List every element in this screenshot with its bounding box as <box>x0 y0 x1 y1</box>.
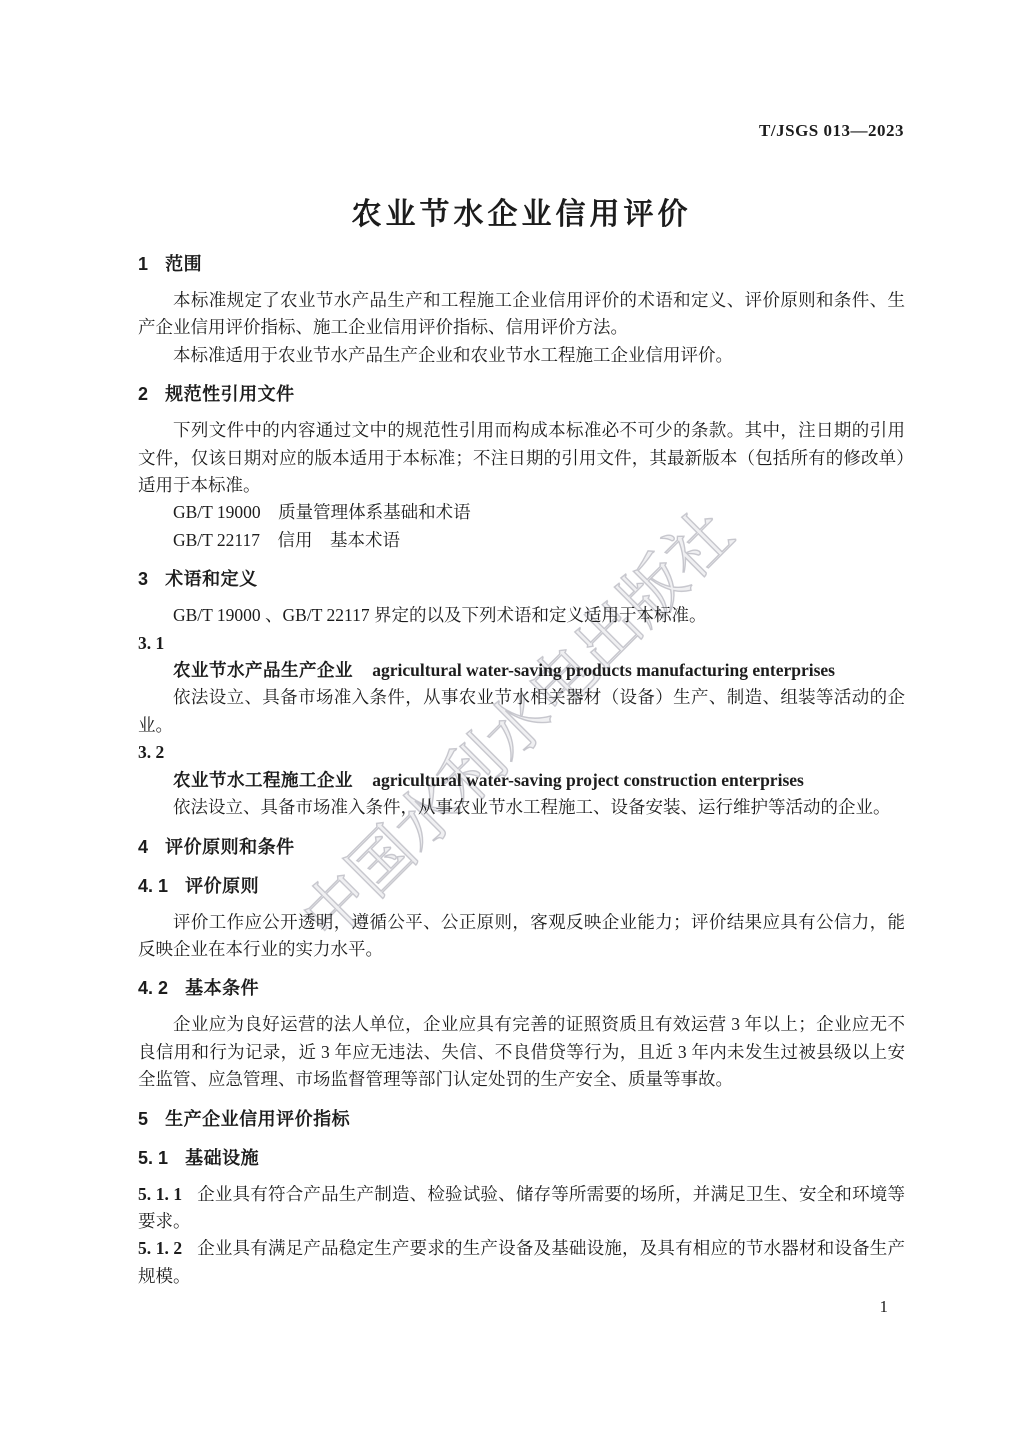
term-1-definition: 依法设立、具备市场准入条件，从事农业节水相关器材（设备）生产、制造、组装等活动的… <box>138 684 905 739</box>
page-number: 1 <box>880 1297 889 1317</box>
term-1-english: agricultural water-saving products manuf… <box>372 660 835 680</box>
heading-scope-label: 范围 <box>165 254 202 274</box>
terms-intro: GB/T 19000 、GB/T 22117 界定的以及下列术语和定义适用于本标… <box>138 602 905 629</box>
heading-indicators-label: 生产企业信用评价指标 <box>165 1109 350 1129</box>
heading-5-1-number: 5. 1 <box>138 1148 168 1168</box>
term-1-title: 农业节水产品生产企业agricultural water-saving prod… <box>138 657 905 684</box>
heading-terms-label: 术语和定义 <box>165 569 258 589</box>
clause-5-1-1: 5. 1. 1企业具有符合产品生产制造、检验试验、储存等所需要的场所，并满足卫生… <box>138 1181 905 1236</box>
clause-5-1-2-number: 5. 1. 2 <box>138 1238 182 1258</box>
heading-principles-label: 评价原则和条件 <box>165 837 295 857</box>
document-content: 农业节水企业信用评价 1范围 本标准规定了农业节水产品生产和工程施工企业信用评价… <box>138 0 905 1290</box>
heading-4-2-label: 基本条件 <box>185 978 259 998</box>
principles-4-2-paragraph: 企业应为良好运营的法人单位，企业应具有完善的证照资质且有效运营 3 年以上；企业… <box>138 1011 905 1093</box>
heading-normative-refs-label: 规范性引用文件 <box>165 384 295 404</box>
heading-scope: 1范围 <box>138 251 905 278</box>
clause-5-1-1-text: 企业具有符合产品生产制造、检验试验、储存等所需要的场所，并满足卫生、安全和环境等… <box>138 1184 905 1231</box>
heading-indicators-number: 5 <box>138 1109 148 1129</box>
term-2-definition: 依法设立、具备市场准入条件，从事农业节水工程施工、设备安装、运行维护等活动的企业… <box>138 794 905 821</box>
heading-indicators-5-1: 5. 1基础设施 <box>138 1145 905 1172</box>
document-page: 中国水利水电出版社 T/JSGS 013—2023 农业节水企业信用评价 1范围… <box>0 0 1020 1431</box>
term-2-english: agricultural water-saving project constr… <box>372 770 804 790</box>
heading-terms: 3术语和定义 <box>138 566 905 593</box>
term-1-chinese: 农业节水产品生产企业 <box>173 660 353 680</box>
scope-paragraph-1: 本标准规定了农业节水产品生产和工程施工企业信用评价的术语和定义、评价原则和条件、… <box>138 287 905 342</box>
normative-paragraph: 下列文件中的内容通过文中的规范性引用而构成本标准必不可少的条款。其中，注日期的引… <box>138 417 905 499</box>
heading-4-2-number: 4. 2 <box>138 978 168 998</box>
normative-reference-1: GB/T 19000 质量管理体系基础和术语 <box>138 499 905 526</box>
heading-4-1-number: 4. 1 <box>138 876 168 896</box>
principles-4-1-paragraph: 评价工作应公开透明，遵循公平、公正原则，客观反映企业能力；评价结果应具有公信力，… <box>138 909 905 964</box>
doc-title: 农业节水企业信用评价 <box>138 0 905 237</box>
clause-5-1-1-number: 5. 1. 1 <box>138 1184 182 1204</box>
heading-terms-number: 3 <box>138 569 148 589</box>
scope-paragraph-2: 本标准适用于农业节水产品生产企业和农业节水工程施工企业信用评价。 <box>138 342 905 369</box>
heading-principles-number: 4 <box>138 837 148 857</box>
clause-5-1-2-text: 企业具有满足产品稳定生产要求的生产设备及基础设施，及具有相应的节水器材和设备生产… <box>138 1238 905 1285</box>
heading-4-1-label: 评价原则 <box>185 876 259 896</box>
clause-5-1-2: 5. 1. 2企业具有满足产品稳定生产要求的生产设备及基础设施，及具有相应的节水… <box>138 1235 905 1290</box>
term-1-number: 3. 1 <box>138 630 905 657</box>
heading-normative-refs-number: 2 <box>138 384 148 404</box>
term-2-chinese: 农业节水工程施工企业 <box>173 770 353 790</box>
heading-principles-4-1: 4. 1评价原则 <box>138 873 905 900</box>
heading-scope-number: 1 <box>138 254 148 274</box>
term-2-number: 3. 2 <box>138 739 905 766</box>
heading-5-1-label: 基础设施 <box>185 1148 259 1168</box>
heading-normative-refs: 2规范性引用文件 <box>138 381 905 408</box>
heading-principles-4-2: 4. 2基本条件 <box>138 975 905 1002</box>
term-2-title: 农业节水工程施工企业agricultural water-saving proj… <box>138 767 905 794</box>
heading-principles: 4评价原则和条件 <box>138 834 905 861</box>
heading-indicators: 5生产企业信用评价指标 <box>138 1106 905 1133</box>
normative-reference-2: GB/T 22117 信用 基本术语 <box>138 527 905 554</box>
